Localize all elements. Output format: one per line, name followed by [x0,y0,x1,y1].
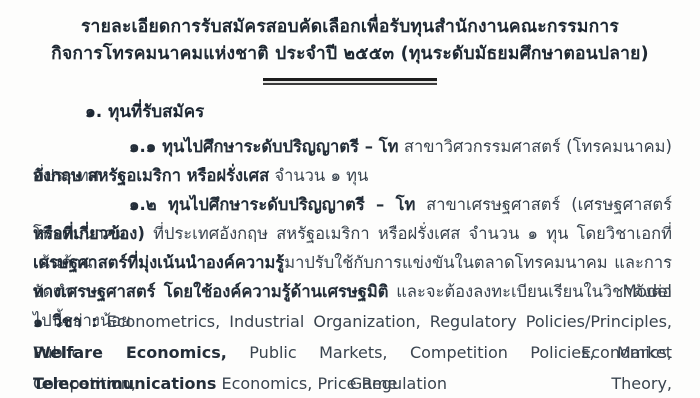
title-divider-rule [263,78,437,85]
body-line: ๑.๑ ทุนไปศึกษาระดับปริญญาตรี – โท สาขาวิ… [33,132,672,161]
document-title: รายละเอียดการรับสมัครสอบคัดเลือกเพื่อรับ… [0,0,700,68]
section-1-heading: ๑. ทุนที่รับสมัคร [85,98,700,125]
line-bold-segment: อังกฤษ สหรัฐอเมริกา หรือฝรั่งเศส [33,166,269,185]
body-line: เศรษฐศาสตร์ที่มุ่งเน้นนำองค์ความรู้มาปรั… [33,248,672,277]
line-bold-segment: ๑.๑ ทุนไปศึกษาระดับปริญญาตรี – โท [129,137,399,156]
body-line: ทางเศรษฐศาสตร์ โดยใช้องค์ความรู้ด้านเศรษ… [33,277,672,306]
document-body: ๑.๑ ทุนไปศึกษาระดับปริญญาตรี – โท สาขาวิ… [33,132,672,398]
line-bold-segment: เศรษฐศาสตร์ที่มุ่งเน้นนำองค์ความรู้ [33,253,284,272]
line-bold-segment: ทางเศรษฐศาสตร์ โดยใช้องค์ความรู้ด้านเศรษ… [33,282,388,301]
title-line-2: กิจการโทรคมนาคมแห่งชาติ ประจำปี ๒๕๕๓ (ทุ… [0,41,700,68]
body-line: หรือที่เกี่ยวข้อง) ที่ประเทศอังกฤษ สหรัฐ… [33,219,672,248]
body-line: อังกฤษ สหรัฐอเมริกา หรือฝรั่งเศส จำนวน ๑… [33,161,672,190]
line-text-segment: จำนวน ๑ ทุน [269,166,368,185]
line-text-segment: Economics, Price Regulation [216,374,447,393]
scanned-document-page: รายละเอียดการรับสมัครสอบคัดเลือกเพื่อรับ… [0,0,700,398]
line-bold-segment: Welfare Economics, [33,343,227,362]
title-line-1: รายละเอียดการรับสมัครสอบคัดเลือกเพื่อรับ… [0,14,700,41]
body-line: Welfare Economics, Public Markets, Compe… [33,337,672,368]
line-bold-segment: ๑.๒ ทุนไปศึกษาระดับปริญญาตรี – โท [129,195,415,214]
line-bold-segment: ๑ วิชา : [33,312,98,331]
line-bold-segment: Telecommunications [33,374,216,393]
body-line: ๑ วิชา : Econometrics, Industrial Organi… [33,306,672,337]
body-line: ๑.๒ ทุนไปศึกษาระดับปริญญาตรี – โท สาขาเศ… [33,190,672,219]
line-bold-segment: หรือที่เกี่ยวข้อง) [33,224,145,243]
